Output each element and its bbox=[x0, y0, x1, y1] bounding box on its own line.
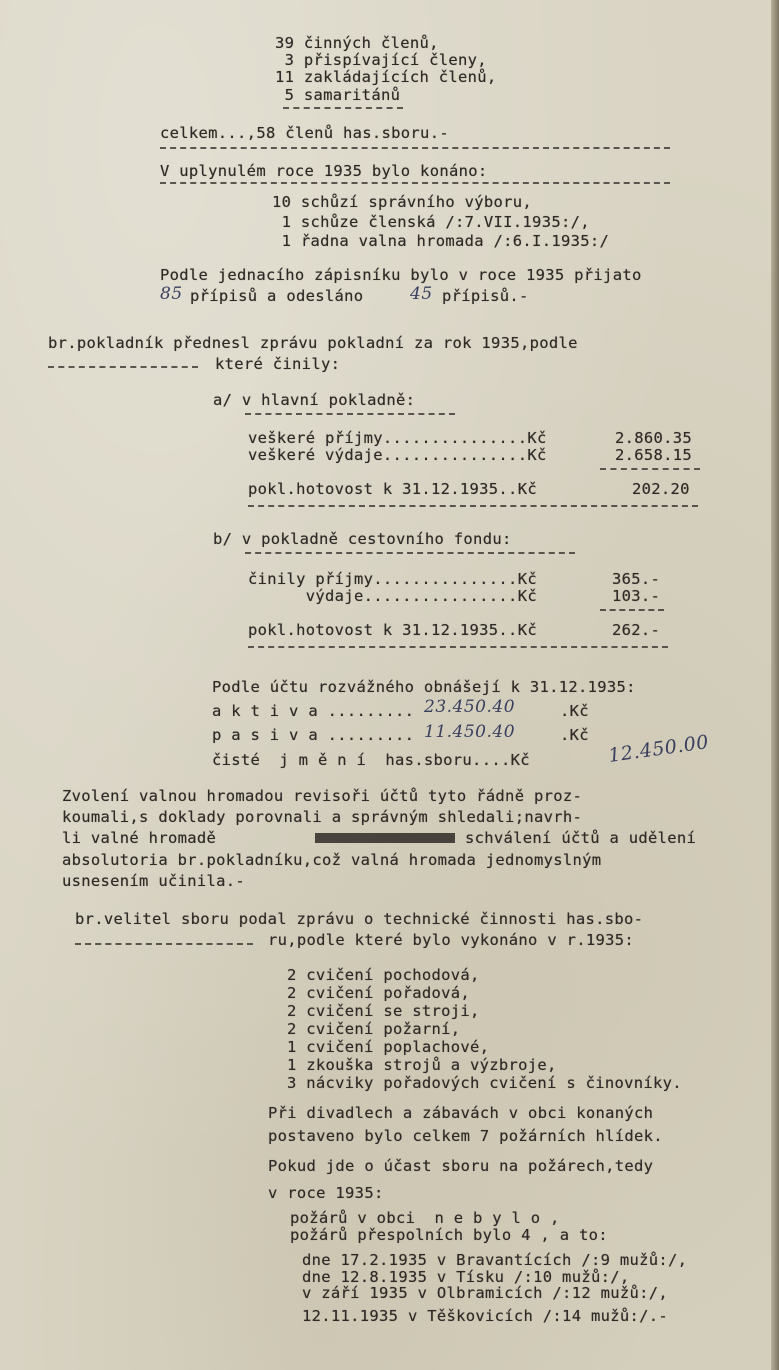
section-b-amount: 103.- bbox=[612, 588, 660, 604]
received-count-handwritten: 85 bbox=[160, 284, 183, 304]
fires-intro: Pokud jde o účast sboru na požárech,tedy bbox=[268, 1158, 653, 1174]
correspondence-line: Podle jednacího zápisníku bylo v roce 19… bbox=[160, 267, 642, 283]
members-total: celkem...,58 členů has.sboru.- bbox=[160, 125, 449, 141]
divider bbox=[600, 468, 700, 470]
activity-item: 2 cvičení pochodová, bbox=[287, 967, 480, 983]
watch-line: postaveno bylo celkem 7 požárních hlídek… bbox=[268, 1128, 663, 1144]
activity-item: 2 cvičení se stroji, bbox=[287, 1003, 480, 1019]
fire-event: dne 12.8.1935 v Tísku /:10 mužů:/, bbox=[302, 1269, 629, 1285]
activity-item: 2 cvičení pořadová, bbox=[287, 985, 470, 1001]
members-line: 11 zakládajících členů, bbox=[275, 69, 497, 85]
divider bbox=[283, 107, 403, 109]
pasiva-unit: .Kč bbox=[560, 727, 589, 743]
section-b-amount: 365.- bbox=[612, 571, 660, 587]
activity-item: 3 nácviky pořadových cvičení s činovníky… bbox=[287, 1075, 682, 1091]
section-a-heading: a/ v hlavní pokladně: bbox=[213, 392, 415, 408]
balance-sheet-intro: Podle účtu rozvážného obnášejí k 31.12.1… bbox=[212, 679, 636, 695]
net-worth-amount-handwritten: 12.450.00 bbox=[607, 731, 710, 767]
audit-line: absolutoria br.pokladníku,což valná hrom… bbox=[62, 852, 601, 868]
aktiva-unit: .Kč bbox=[560, 703, 589, 719]
aktiva-amount-handwritten: 23.450.40 bbox=[424, 697, 515, 717]
section-a-amount: 2.860.35 bbox=[615, 430, 692, 446]
divider bbox=[245, 413, 455, 415]
pasiva-label: p a s i v a ......... bbox=[212, 727, 414, 743]
divider bbox=[248, 505, 698, 507]
audit-line: Zvolení valnou hromadou revisoři účtů ty… bbox=[62, 788, 582, 804]
section-b-balance-label: pokl.hotovost k 31.12.1935..Kč bbox=[248, 622, 537, 638]
watch-line: Při divadlech a zábavách v obci konaných bbox=[268, 1105, 653, 1121]
activity-item: 2 cvičení požarní, bbox=[287, 1021, 460, 1037]
net-worth-label: čisté j m ě n í has.sboru....Kč bbox=[212, 752, 530, 768]
fires-intro: v roce 1935: bbox=[268, 1185, 384, 1201]
divider bbox=[248, 646, 668, 648]
correspondence-mid: přípisů a odesláno bbox=[190, 288, 363, 304]
members-line: 39 činných členů, bbox=[275, 35, 439, 51]
meetings-line: 1 řadna valna hromada /:6.I.1935:/ bbox=[272, 233, 609, 249]
fires-local: požárů v obci n e b y l o , bbox=[290, 1210, 560, 1226]
section-a-balance-label: pokl.hotovost k 31.12.1935..Kč bbox=[248, 481, 537, 497]
section-a-label: veškeré výdaje...............Kč bbox=[248, 447, 547, 463]
fire-event: dne 17.2.1935 v Bravantících /:9 mužů:/, bbox=[302, 1252, 687, 1268]
section-b-heading: b/ v pokladně cestovního fondu: bbox=[213, 531, 512, 547]
fires-outside: požárů přespolních bylo 4 , a to: bbox=[290, 1227, 608, 1243]
treasurer-intro: které činily: bbox=[215, 356, 340, 372]
activity-item: 1 zkouška strojů a výzbroje, bbox=[287, 1057, 557, 1073]
members-line: 5 samaritánů bbox=[275, 87, 400, 103]
section-b-label: činily příjmy...............Kč bbox=[248, 571, 537, 587]
divider bbox=[75, 943, 253, 945]
divider bbox=[245, 552, 575, 554]
members-line: 3 přispívající členy, bbox=[275, 52, 487, 68]
audit-line: schválení účtů a udělení bbox=[465, 830, 696, 846]
audit-line: koumali,s doklady porovnali a správným s… bbox=[62, 809, 582, 825]
audit-line: li valné hromadě bbox=[62, 830, 216, 846]
section-a-label: veškeré příjmy...............Kč bbox=[248, 430, 547, 446]
commander-intro: br.velitel sboru podal zprávu o technick… bbox=[75, 911, 643, 927]
pasiva-amount-handwritten: 11.450.40 bbox=[424, 722, 515, 742]
meetings-intro: V uplynulém roce 1935 bylo konáno: bbox=[160, 163, 487, 179]
correspondence-end: přípisů.- bbox=[442, 288, 529, 304]
section-a-balance-amount: 202.20 bbox=[632, 481, 690, 497]
fire-event: v září 1935 v Olbramicích /:12 mužů:/, bbox=[302, 1285, 668, 1301]
section-b-balance-amount: 262.- bbox=[612, 622, 660, 638]
section-a-amount: 2.658.15 bbox=[615, 447, 692, 463]
audit-line: usnesením učinila.- bbox=[62, 873, 245, 889]
section-b-label: výdaje................Kč bbox=[248, 588, 537, 604]
sent-count-handwritten: 45 bbox=[410, 284, 433, 304]
divider bbox=[160, 182, 670, 184]
aktiva-label: a k t i v a ......... bbox=[212, 703, 414, 719]
fire-event: 12.11.1935 v Těškovicích /:14 mužů:/.- bbox=[302, 1308, 668, 1324]
struck-out-text bbox=[315, 833, 455, 843]
divider bbox=[160, 147, 670, 149]
treasurer-intro: br.pokladník přednesl zprávu pokladní za… bbox=[48, 335, 578, 351]
activity-item: 1 cvičení poplachové, bbox=[287, 1039, 489, 1055]
meetings-line: 1 schůze členská /:7.VII.1935:/, bbox=[272, 214, 590, 230]
commander-intro: ru,podle které bylo vykonáno v r.1935: bbox=[268, 932, 634, 948]
typewritten-document-page: 39 činných členů, 3 přispívající členy, … bbox=[0, 0, 779, 1370]
divider bbox=[600, 609, 664, 611]
divider bbox=[48, 366, 198, 368]
page-edge-shadow bbox=[771, 0, 779, 1370]
meetings-line: 10 schůzí správního výboru, bbox=[272, 194, 532, 210]
